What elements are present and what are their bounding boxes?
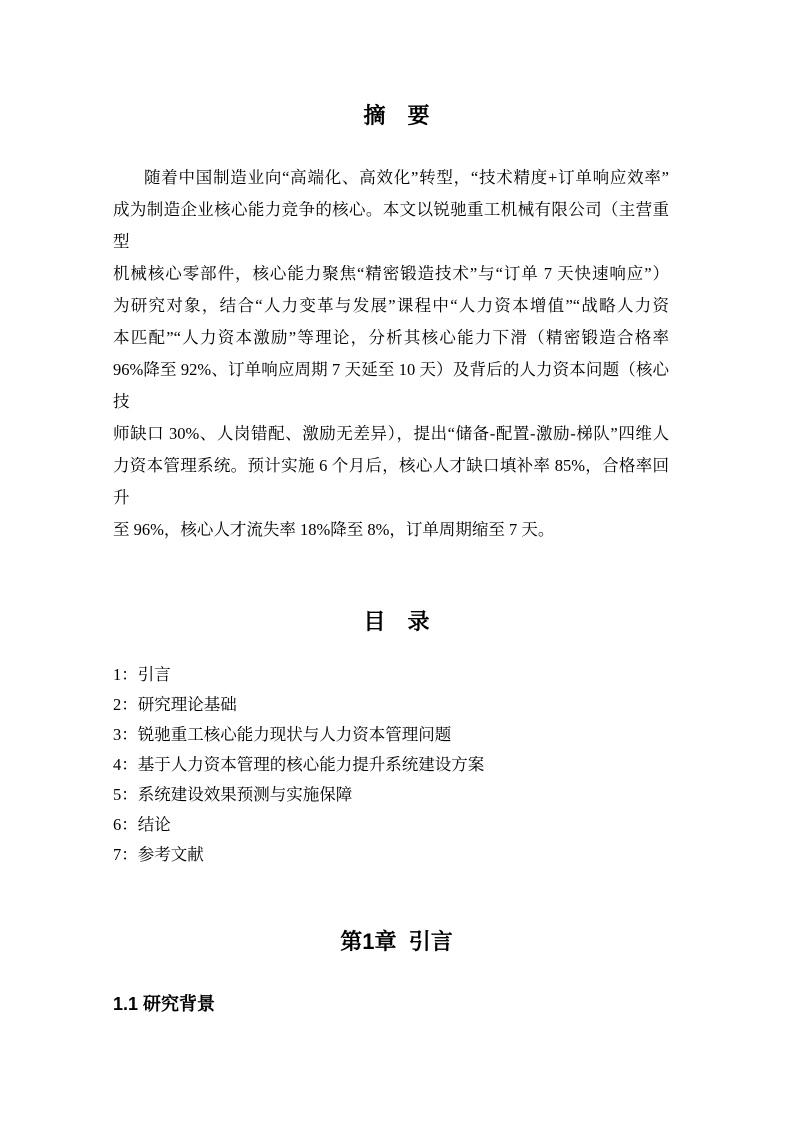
paragraph-line: 本匹配”“人力资本激励”等理论，分析其核心能力下滑（精密锻造合格率 <box>113 322 669 354</box>
abstract-paragraph: 随着中国制造业向“高端化、高效化”转型，“技术精度+订单响应效率” 成为制造企业… <box>113 162 669 546</box>
chapter-1-heading: 第1章 引言 <box>0 927 793 957</box>
toc-item: 1：引言 <box>113 660 669 690</box>
toc-item: 2：研究理论基础 <box>113 690 669 720</box>
toc-item: 5：系统建设效果预测与实施保障 <box>113 780 669 810</box>
toc-list: 1：引言 2：研究理论基础 3：锐驰重工核心能力现状与人力资本管理问题 4：基于… <box>113 660 669 870</box>
paragraph-line: 师缺口 30%、人岗错配、激励无差异），提出“储备-配置-激励-梯队”四维人 <box>113 418 669 450</box>
abstract-title: 摘 要 <box>0 101 793 131</box>
paragraph-line: 至 96%，核心人才流失率 18%降至 8%，订单周期缩至 7 天。 <box>113 514 669 546</box>
toc-item: 7：参考文献 <box>113 840 669 870</box>
toc-title: 目 录 <box>0 607 793 637</box>
paragraph-line: 为研究对象，结合“人力变革与发展”课程中“人力资本增值”“战略人力资 <box>113 290 669 322</box>
toc-item: 4：基于人力资本管理的核心能力提升系统建设方案 <box>113 750 669 780</box>
paragraph-line: 机械核心零部件，核心能力聚焦“精密锻造技术”与“订单 7 天快速响应”） <box>113 258 669 290</box>
paragraph-line: 随着中国制造业向“高端化、高效化”转型，“技术精度+订单响应效率” <box>113 162 669 194</box>
toc-item: 6：结论 <box>113 810 669 840</box>
toc-item: 3：锐驰重工核心能力现状与人力资本管理问题 <box>113 720 669 750</box>
paragraph-line: 96%降至 92%、订单响应周期 7 天延至 10 天）及背后的人力资本问题（核… <box>113 354 669 418</box>
paragraph-line: 成为制造企业核心能力竞争的核心。本文以锐驰重工机械有限公司（主营重型 <box>113 194 669 258</box>
document-page: 摘 要 随着中国制造业向“高端化、高效化”转型，“技术精度+订单响应效率” 成为… <box>0 0 793 1122</box>
paragraph-line: 力资本管理系统。预计实施 6 个月后，核心人才缺口填补率 85%，合格率回升 <box>113 450 669 514</box>
section-1-1-heading: 1.1 研究背景 <box>113 991 669 1017</box>
